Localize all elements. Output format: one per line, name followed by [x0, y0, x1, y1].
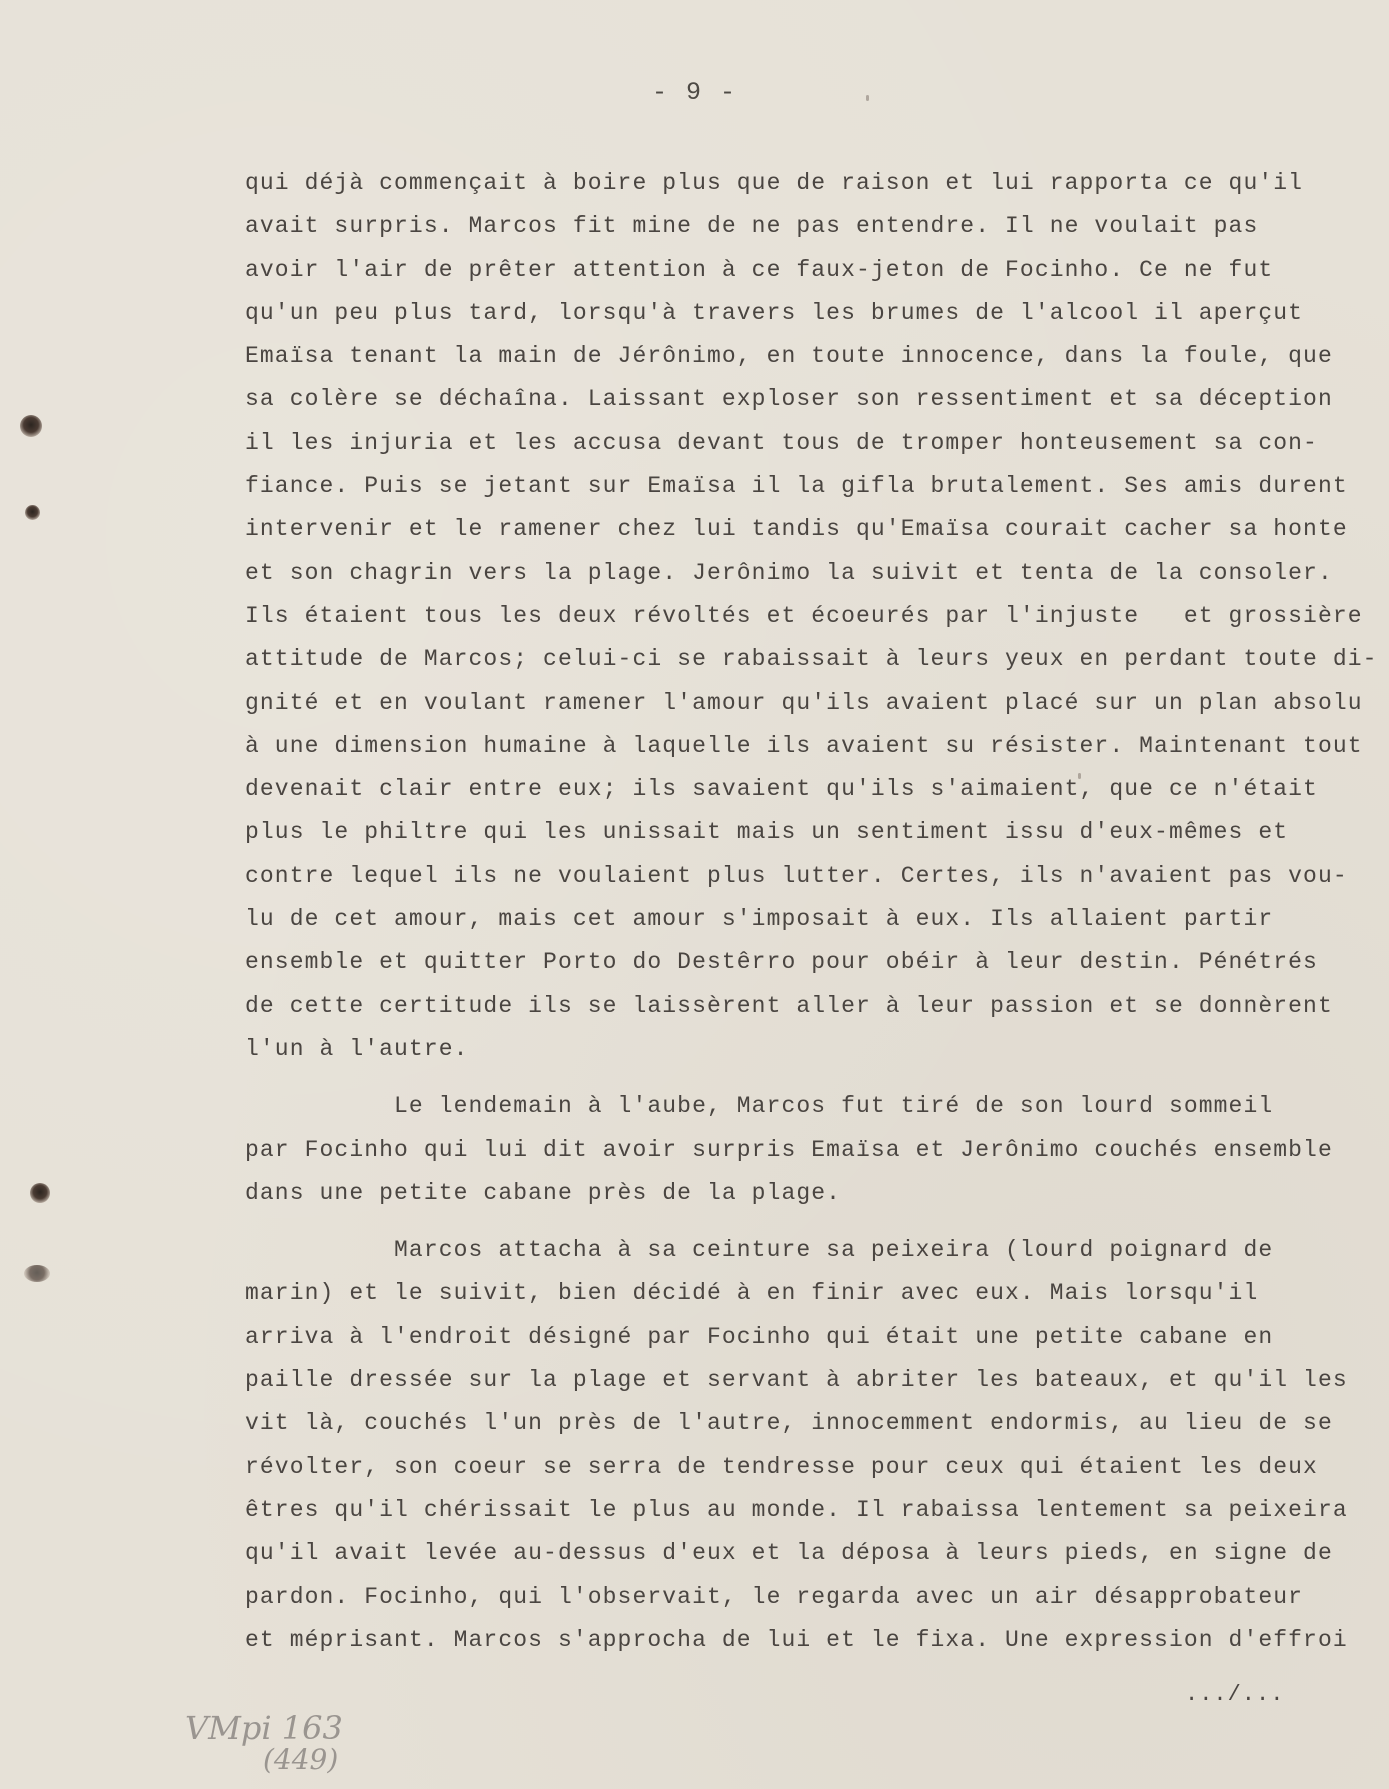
punch-hole-mark	[20, 415, 42, 437]
text-line: dans une petite cabane près de la plage.	[245, 1172, 1355, 1215]
text-line: Marcos attacha à sa ceinture sa peixeira…	[245, 1229, 1355, 1272]
text-line: devenait clair entre eux; ils savaient q…	[245, 768, 1355, 811]
text-line: contre lequel ils ne voulaient plus lutt…	[245, 855, 1355, 898]
text-line: sa colère se déchaîna. Laissant exploser…	[245, 378, 1355, 421]
text-line: avait surpris. Marcos fit mine de ne pas…	[245, 205, 1355, 248]
paragraph-3: Marcos attacha à sa ceinture sa peixeira…	[245, 1229, 1355, 1662]
text-line: gnité et en voulant ramener l'amour qu'i…	[245, 682, 1355, 725]
text-line: qu'il avait levée au-dessus d'eux et la …	[245, 1532, 1355, 1575]
text-line: par Focinho qui lui dit avoir surpris Em…	[245, 1129, 1355, 1172]
handwritten-archive-note: VMpi 163 (449)	[185, 1712, 343, 1776]
text-line: il les injuria et les accusa devant tous…	[245, 422, 1355, 465]
punch-hole-mark	[25, 505, 40, 520]
archive-number: (449)	[263, 1744, 343, 1776]
text-line: intervenir et le ramener chez lui tandis…	[245, 508, 1355, 551]
text-line: qu'un peu plus tard, lorsqu'à travers le…	[245, 292, 1355, 335]
text-line: attitude de Marcos; celui-ci se rabaissa…	[245, 638, 1355, 681]
text-line: pardon. Focinho, qui l'observait, le reg…	[245, 1576, 1355, 1619]
typewritten-page: - 9 - qui déjà commençait à boire plus q…	[0, 0, 1389, 1789]
text-line: êtres qu'il chérissait le plus au monde.…	[245, 1489, 1355, 1532]
text-line: arriva à l'endroit désigné par Focinho q…	[245, 1316, 1355, 1359]
text-line: et méprisant. Marcos s'approcha de lui e…	[245, 1619, 1355, 1662]
continuation-mark: .../...	[1185, 1682, 1284, 1707]
paragraph-2: Le lendemain à l'aube, Marcos fut tiré d…	[245, 1085, 1355, 1215]
text-line: de cette certitude ils se laissèrent all…	[245, 985, 1355, 1028]
page-number: - 9 -	[0, 78, 1389, 107]
text-line: avoir l'air de prêter attention à ce fau…	[245, 249, 1355, 292]
archive-reference: VMpi 163	[185, 1709, 343, 1747]
paragraph-1: qui déjà commençait à boire plus que de …	[245, 162, 1355, 1071]
paragraph-gap	[245, 1071, 1355, 1085]
paragraph-gap	[245, 1215, 1355, 1229]
text-line: lu de cet amour, mais cet amour s'imposa…	[245, 898, 1355, 941]
punch-hole-mark	[30, 1183, 50, 1203]
text-line: marin) et le suivit, bien décidé à en fi…	[245, 1272, 1355, 1315]
text-line: paille dressée sur la plage et servant à…	[245, 1359, 1355, 1402]
text-line: Emaïsa tenant la main de Jérônimo, en to…	[245, 335, 1355, 378]
text-line: et son chagrin vers la plage. Jerônimo l…	[245, 552, 1355, 595]
text-line: vit là, couchés l'un près de l'autre, in…	[245, 1402, 1355, 1445]
text-line: plus le philtre qui les unissait mais un…	[245, 811, 1355, 854]
text-line: ensemble et quitter Porto do Destêrro po…	[245, 941, 1355, 984]
text-line: qui déjà commençait à boire plus que de …	[245, 162, 1355, 205]
punch-hole-mark	[24, 1265, 50, 1282]
text-line: fiance. Puis se jetant sur Emaïsa il la …	[245, 465, 1355, 508]
text-line: Ils étaient tous les deux révoltés et éc…	[245, 595, 1355, 638]
text-line: l'un à l'autre.	[245, 1028, 1355, 1071]
text-line: à une dimension humaine à laquelle ils a…	[245, 725, 1355, 768]
text-line: Le lendemain à l'aube, Marcos fut tiré d…	[245, 1085, 1355, 1128]
text-line: révolter, son coeur se serra de tendress…	[245, 1446, 1355, 1489]
body-text: qui déjà commençait à boire plus que de …	[245, 162, 1355, 1662]
